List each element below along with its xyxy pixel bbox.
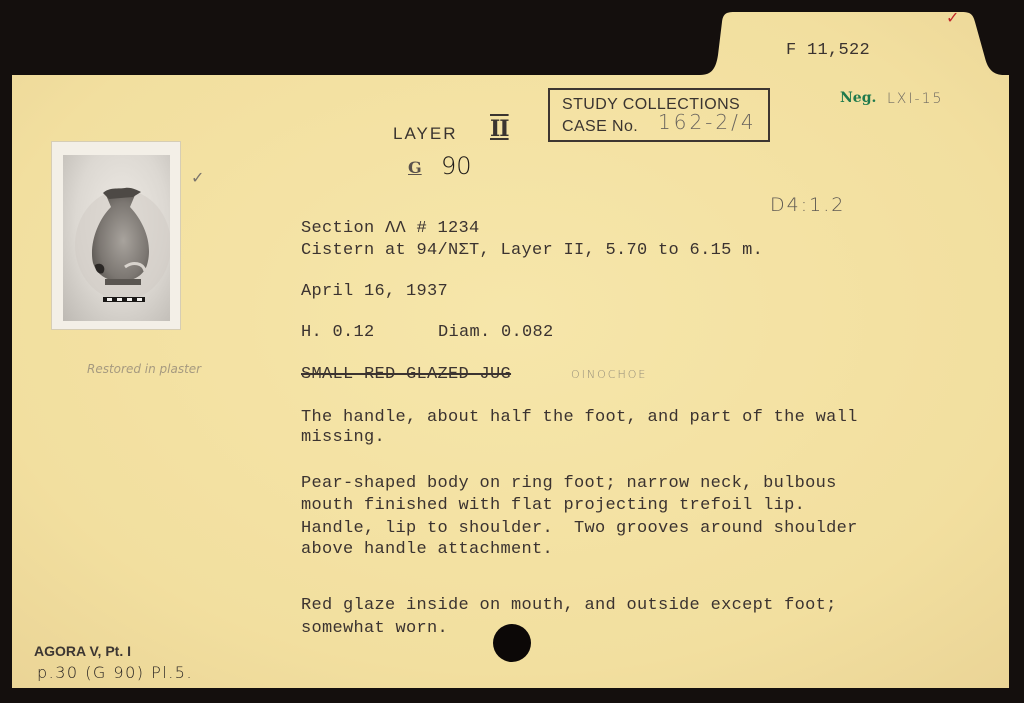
publication-stamp: AGORA V, Pt. I (34, 643, 131, 659)
title-struck: SMALL RED GLAZED JUG (301, 364, 511, 386)
condition-line-1: The handle, about half the foot, and par… (301, 407, 858, 429)
section-line: Section ΛΛ # 1234 (301, 218, 480, 240)
case-number: 162-2/4 (658, 110, 757, 134)
inventory-prefix: G (408, 158, 422, 177)
glaze-line-2: somewhat worn. (301, 618, 448, 640)
publication-reference: p.30 (G 90) Pl.5. (37, 663, 193, 682)
photo-checkmark-icon: ✓ (191, 168, 204, 187)
photo-mount (51, 141, 181, 330)
description-line-3: Handle, lip to shoulder. Two grooves aro… (301, 518, 858, 540)
negative-number: LXI-15 (887, 91, 943, 107)
inventory-number: 90 (441, 152, 472, 180)
photo-caption: Restored in plaster (87, 362, 201, 376)
title-correction: OINOCHOE (571, 368, 647, 381)
punch-hole (493, 624, 531, 662)
layer-label: LAYER (393, 124, 458, 144)
glaze-line-1: Red glaze inside on mouth, and outside e… (301, 595, 837, 617)
catalog-number: F 11,522 (786, 40, 870, 62)
jug-image (63, 155, 170, 321)
date: April 16, 1937 (301, 281, 448, 303)
archive-card-scan: F 11,522 ✓ Neg. LXI-15 LAYER II STUDY CO… (0, 0, 1024, 703)
location-line: Cistern at 94/ΝΣΤ, Layer II, 5.70 to 6.1… (301, 240, 763, 262)
case-label: CASE No. (562, 118, 638, 136)
jug-photograph (63, 155, 170, 321)
red-checkmark-icon: ✓ (946, 8, 959, 27)
layer-numeral: II (490, 116, 509, 142)
height-measure: H. 0.12 (301, 322, 375, 344)
description-line-4: above handle attachment. (301, 539, 553, 561)
condition-line-2: missing. (301, 427, 385, 449)
negative-label: Neg. (840, 90, 876, 106)
diameter-measure: Diam. 0.082 (438, 322, 554, 344)
deposit-code: D4:1.2 (770, 194, 845, 216)
description-line-1: Pear-shaped body on ring foot; narrow ne… (301, 473, 837, 495)
description-line-2: mouth finished with flat projecting tref… (301, 495, 805, 517)
